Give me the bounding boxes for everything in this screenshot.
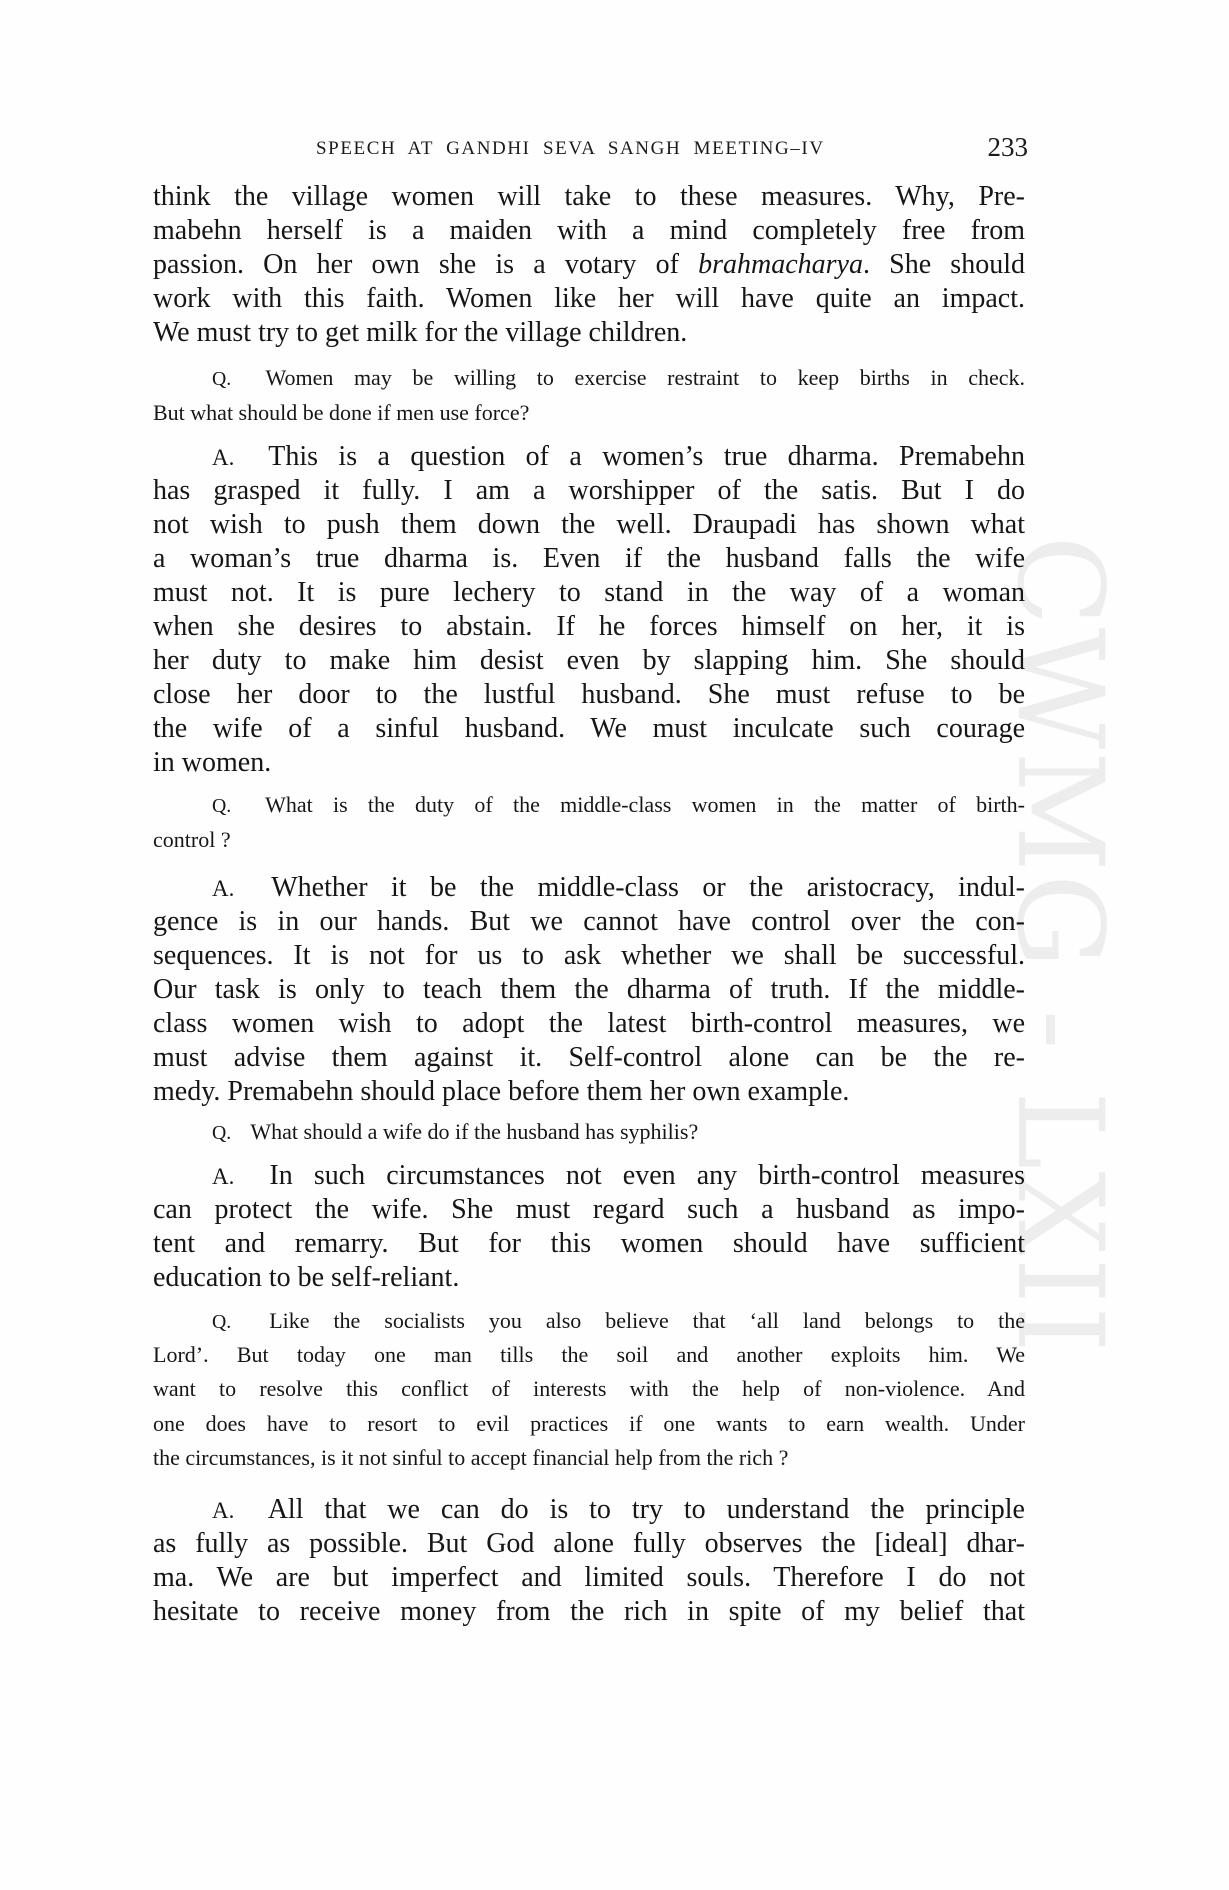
answer-line: education to be self-reliant. (153, 1261, 1025, 1295)
answer-line: must advise them against it. Self-contro… (153, 1041, 1025, 1075)
answer-line: in women. (153, 746, 1025, 780)
question-line: want to resolve this conflict of interes… (153, 1372, 1025, 1406)
answer-line: ma. We are but imperfect and limited sou… (153, 1561, 1025, 1595)
running-header: SPEECH AT GANDHI SEVA SANGH MEETING–IV 2… (316, 136, 1028, 160)
answer-line: sequences. It is not for us to ask wheth… (153, 939, 1025, 973)
continuation-line: think the village women will take to the… (153, 180, 1025, 214)
answer-line: has grasped it fully. I am a worshipper … (153, 474, 1025, 508)
answer-line: Our task is only to teach them the dharm… (153, 973, 1025, 1007)
question-marker: Q. (212, 368, 231, 390)
answer-line: A. In such circumstances not even any bi… (212, 1159, 1025, 1193)
watermark: CWMG - LXII (1012, 478, 1107, 1412)
answer-line: class women wish to adopt the latest bir… (153, 1007, 1025, 1041)
answer-line: a woman’s true dharma is. Even if the hu… (153, 542, 1025, 576)
document-page: CWMG - LXII SPEECH AT GANDHI SEVA SANGH … (0, 0, 1229, 1890)
answer-line: her duty to make him desist even by slap… (153, 644, 1025, 678)
question-line: But what should be done if men use force… (153, 396, 1025, 430)
italic-term: brahmacharya (698, 249, 863, 280)
answer-marker: A. (212, 1164, 234, 1189)
answer-line: must not. It is pure lechery to stand in… (153, 576, 1025, 610)
question-line: Q. Women may be willing to exercise rest… (212, 361, 1025, 395)
continuation-line: passion. On her own she is a votary of b… (153, 248, 1025, 282)
answer-line: can protect the wife. She must regard su… (153, 1193, 1025, 1227)
question-line: control ? (153, 823, 1025, 857)
answer-line: when she desires to abstain. If he force… (153, 610, 1025, 644)
question-line: Q. What should a wife do if the husband … (212, 1115, 1025, 1149)
running-title: SPEECH AT GANDHI SEVA SANGH MEETING–IV (316, 138, 825, 160)
answer-line: tent and remarry. But for this women sho… (153, 1227, 1025, 1261)
answer-line: close her door to the lustful husband. S… (153, 678, 1025, 712)
page-number: 233 (988, 132, 1029, 163)
answer-marker: A. (212, 876, 234, 901)
question-line: one does have to resort to evil practice… (153, 1407, 1025, 1441)
answer-marker: A. (212, 445, 234, 470)
continuation-line: We must try to get milk for the village … (153, 316, 1025, 350)
question-marker: Q. (212, 795, 231, 817)
continuation-line: mabehn herself is a maiden with a mind c… (153, 214, 1025, 248)
answer-line: A. Whether it be the middle-class or the… (212, 871, 1025, 905)
answer-line: not wish to push them down the well. Dra… (153, 508, 1025, 542)
question-line: Q. Like the socialists you also believe … (212, 1304, 1025, 1338)
continuation-line: work with this faith. Women like her wil… (153, 282, 1025, 316)
answer-line: gence is in our hands. But we cannot hav… (153, 905, 1025, 939)
question-marker: Q. (212, 1122, 231, 1144)
answer-line: as fully as possible. But God alone full… (153, 1527, 1025, 1561)
answer-line: A. This is a question of a women’s true … (212, 440, 1025, 474)
question-line: Q. What is the duty of the middle-class … (212, 788, 1025, 822)
question-line: the circumstances, is it not sinful to a… (153, 1441, 1025, 1475)
answer-line: A. All that we can do is to try to under… (212, 1493, 1025, 1527)
answer-marker: A. (212, 1498, 234, 1523)
answer-line: hesitate to receive money from the rich … (153, 1595, 1025, 1629)
question-marker: Q. (212, 1311, 231, 1333)
answer-line: the wife of a sinful husband. We must in… (153, 712, 1025, 746)
question-line: Lord’. But today one man tills the soil … (153, 1338, 1025, 1372)
answer-line: medy. Premabehn should place before them… (153, 1075, 1025, 1109)
